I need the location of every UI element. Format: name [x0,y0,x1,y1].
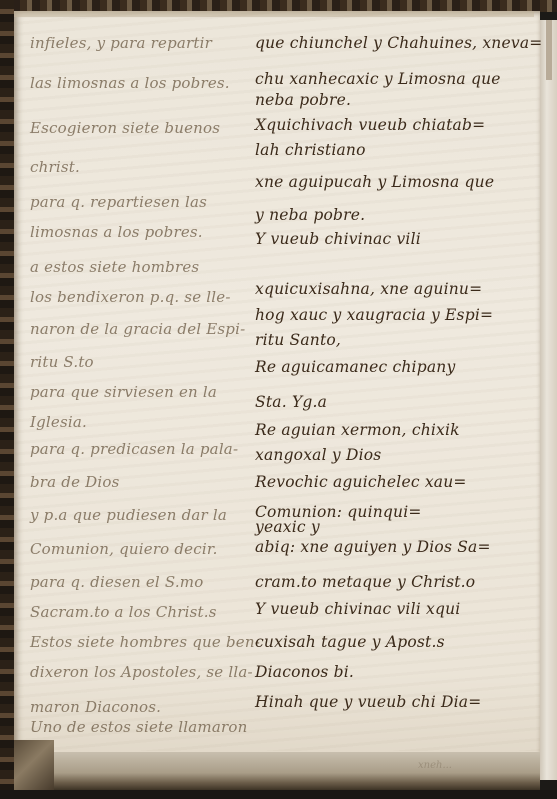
manuscript-line: los bendixeron p.q. se lle- [30,288,231,306]
page-right-edge [540,20,557,780]
manuscript-line: y p.a que pudiesen dar la [30,506,227,524]
manuscript-line: Revochic aguichelec xau= [255,473,467,491]
manuscript-line: Re aguian xermon, chixik [255,421,460,439]
manuscript-line: Iglesia. [30,413,87,431]
manuscript-line: Re aguicamanec chipany [255,358,455,376]
manuscript-line: Xquichivach vueub chiatab= [255,116,485,134]
book-binding-left [0,0,14,799]
manuscript-line: para q. repartiesen las [30,193,207,211]
manuscript-line: xne aguipucah y Limosna que [255,173,494,191]
manuscript-line: ritu S.to [30,353,94,371]
manuscript-line: naron de la gracia del Espi- [30,320,245,338]
manuscript-line: Sacram.to a los Christ.s [30,603,217,621]
page-right-edge-shadow [546,20,552,80]
manuscript-line: neba pobre. [255,91,351,109]
manuscript-line: cuxisah tague y Apost.s [255,633,445,651]
manuscript-line: Diaconos bi. [255,663,354,681]
manuscript-line: xquicuxisahna, xne aguinu= [255,280,482,298]
manuscript-line: las limosnas a los pobres. [30,74,230,92]
manuscript-line: Comunion, quiero decir. [30,540,218,558]
manuscript-line: Uno de estos siete llamaron [30,718,247,736]
manuscript-line: maron Diaconos. [30,698,161,716]
manuscript-line: yeaxic y [255,518,320,536]
manuscript-line: Y vueub chivinac vili xqui [255,600,460,618]
manuscript-line: lah christiano [255,141,366,159]
manuscript-line: cram.to metaque y Christ.o [255,573,475,591]
manuscript-line: Escogieron siete buenos [30,119,220,137]
manuscript-line: ritu Santo, [255,331,341,349]
manuscript-line: xangoxal y Dios [255,446,381,464]
manuscript-line: abiq: xne aguiyen y Dios Sa= [255,538,491,556]
manuscript-line: infieles, y para repartir [30,34,212,52]
bottom-edge-mark: xneh... [418,760,452,771]
manuscript-line: Hinah que y vueub chi Dia= [255,693,481,711]
manuscript-line: hog xauc y xaugracia y Espi= [255,306,493,324]
binding-bottom [0,790,557,799]
manuscript-line: que chiunchel y Chahuines, xneva= [255,34,542,52]
manuscript-line: christ. [30,158,80,176]
manuscript-line: para q. diesen el S.mo [30,573,203,591]
manuscript-line: y neba pobre. [255,206,365,224]
manuscript-line: Sta. Yg.a [255,393,327,411]
manuscript-line: chu xanhecaxic y Limosna que [255,70,501,88]
manuscript-line: a estos siete hombres [30,258,199,276]
manuscript-line: limosnas a los pobres. [30,223,203,241]
manuscript-line: para que sirviesen en la [30,383,217,401]
manuscript-line: dixeron los Apostoles, se lla- [30,663,253,681]
page-bottom-fold [30,752,540,790]
page-top-edge [14,11,534,17]
manuscript-line: bra de Dios [30,473,119,491]
manuscript-line: Y vueub chivinac vili [255,230,421,248]
manuscript-line: para q. predicasen la pala- [30,440,238,458]
manuscript-line: Estos siete hombres que ben- [30,633,260,651]
